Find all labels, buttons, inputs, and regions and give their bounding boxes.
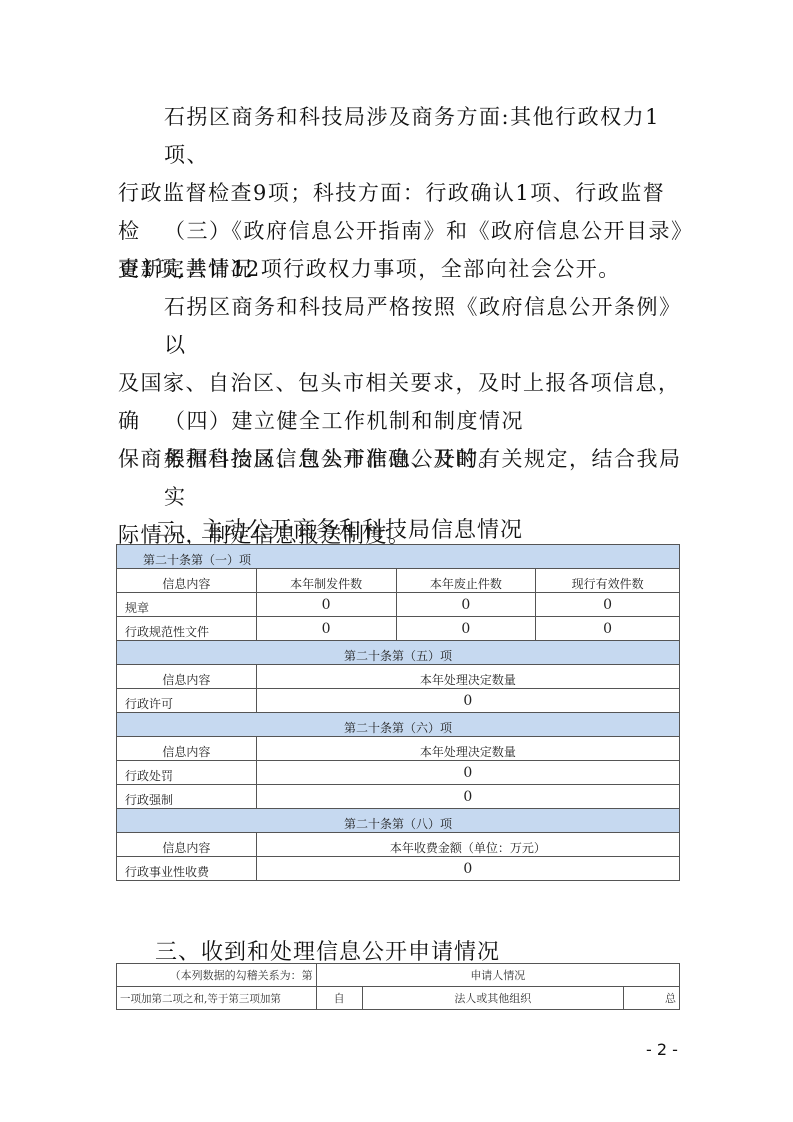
- section-header: 第二十条第（五）项: [117, 641, 680, 665]
- cell-value: 0: [256, 857, 679, 881]
- column-header: 总: [624, 987, 680, 1010]
- heading-mechanism: （四）建立健全工作机制和制度情况: [118, 402, 684, 440]
- column-header: 现行有效件数: [536, 569, 680, 593]
- table-row: 行政处罚 0: [117, 761, 680, 785]
- cell-value: 0: [256, 785, 679, 809]
- heading-guide-update: （三）《政府信息公开指南》和《政府信息公开目录》 更新完善情况: [118, 212, 684, 288]
- row-label: 行政许可: [117, 689, 257, 713]
- column-header: 本年处理决定数量: [256, 665, 679, 689]
- row-label: 行政事业性收费: [117, 857, 257, 881]
- note-text: 一项加第二项之和,等于第三项加第: [117, 987, 317, 1010]
- column-header: 信息内容: [117, 665, 257, 689]
- cell-value: 0: [396, 617, 536, 641]
- cell-value: 0: [536, 593, 680, 617]
- column-header: 信息内容: [117, 569, 257, 593]
- table-row: 行政规范性文件 0 0 0: [117, 617, 680, 641]
- section-header: 第二十条第（六）项: [117, 713, 680, 737]
- section-header: 第二十条第（八）项: [117, 809, 680, 833]
- cell-value: 0: [256, 593, 396, 617]
- table-row: 行政事业性收费 0: [117, 857, 680, 881]
- column-header: 本年处理决定数量: [256, 737, 679, 761]
- section-3-title: 三、收到和处理信息公开申请情况: [155, 935, 500, 966]
- column-header: 自: [316, 987, 362, 1010]
- row-label: 规章: [117, 593, 257, 617]
- section-header: 第二十条第（一）项: [117, 545, 680, 569]
- cell-value: 0: [536, 617, 680, 641]
- page-number: - 2 -: [646, 1040, 678, 1059]
- application-table: （本列数据的勾稽关系为：第 申请人情况 一项加第二项之和,等于第三项加第 自 法…: [116, 963, 680, 1010]
- table-row: 行政许可 0: [117, 689, 680, 713]
- row-label: 行政处罚: [117, 761, 257, 785]
- text-line: 根据自治区、包头市信息公开的有关规定，结合我局实: [118, 440, 684, 516]
- section-2-title: 二、主动公开商务和科技局信息情况: [155, 513, 523, 544]
- cell-value: 0: [256, 689, 679, 713]
- note-text: （本列数据的勾稽关系为：第: [117, 964, 317, 987]
- column-header: 信息内容: [117, 833, 257, 857]
- table-row: 规章 0 0 0: [117, 593, 680, 617]
- column-header: 信息内容: [117, 737, 257, 761]
- cell-value: 0: [256, 617, 396, 641]
- text-line: （三）《政府信息公开指南》和《政府信息公开目录》: [118, 212, 684, 250]
- column-header: 本年制发件数: [256, 569, 396, 593]
- row-label: 行政规范性文件: [117, 617, 257, 641]
- cell-value: 0: [256, 761, 679, 785]
- table-row: 行政强制 0: [117, 785, 680, 809]
- proactive-disclosure-table: 第二十条第（一）项 信息内容 本年制发件数 本年废止件数 现行有效件数 规章 0…: [116, 544, 680, 881]
- text-line: 石拐区商务和科技局涉及商务方面:其他行政权力1项、: [118, 98, 684, 174]
- row-label: 行政强制: [117, 785, 257, 809]
- text-line: （四）建立健全工作机制和制度情况: [118, 402, 684, 440]
- column-header: 本年废止件数: [396, 569, 536, 593]
- column-header: 法人或其他组织: [362, 987, 623, 1010]
- column-header: 申请人情况: [316, 964, 679, 987]
- cell-value: 0: [396, 593, 536, 617]
- column-header: 本年收费金额（单位：万元）: [256, 833, 679, 857]
- text-line: 更新完善情况: [118, 250, 684, 288]
- text-line: 石拐区商务和科技局严格按照《政府信息公开条例》以: [118, 288, 684, 364]
